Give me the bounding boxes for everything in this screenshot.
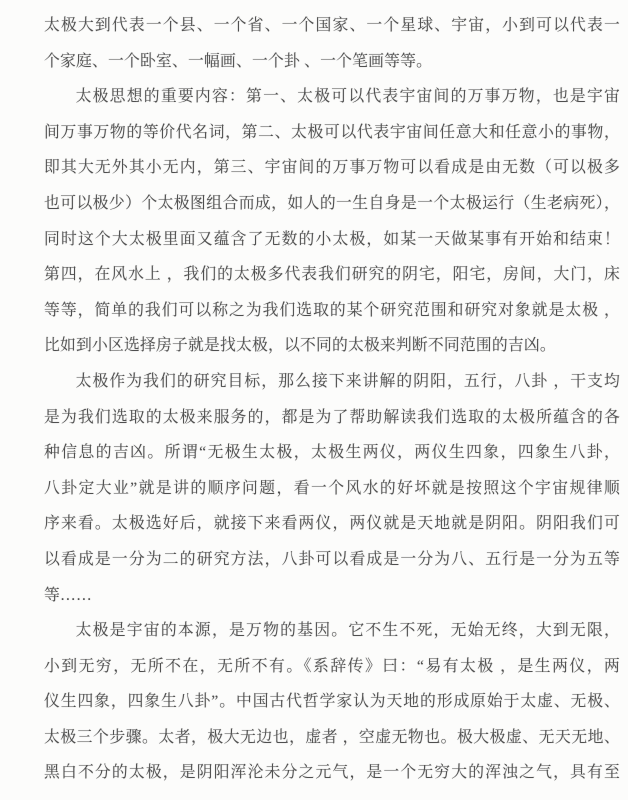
text-line: 个家庭、一个卧室、一幅画、一个卦 、一个笔画等等。 [44,44,620,80]
text-line: 第四，在风水上 ，我们的太极多代表我们研究的阴宅，阳宅，房间，大门，床 [44,257,620,293]
text-line: 间万事万物的等价代名词，第二、太极可以代表宇宙间任意大和任意小的事物， [44,115,620,151]
text-line: 八卦定大业”就是讲的顺序问题，看一个风水的好坏就是按照这个宇宙规律顺 [44,471,620,507]
text-line: 即其大无外其小无内，第三、宇宙间的万事万物可以看成是由无数（可以极多 [44,150,620,186]
text-line: 种信息的吉凶。所谓“无极生太极，太极生两仪，两仪生四象，四象生八卦， [44,435,620,471]
text-line: 比如到小区选择房子就是找太极，以不同的太极来判断不同范围的吉凶。 [44,328,620,364]
text-line: 太极大到代表一个县、一个省、一个国家、一个星球、宇宙，小到可以代表一 [44,8,620,44]
text-line: 序来看。太极选好后，就接下来看两仪，两仪就是天地就是阴阳。阴阳我们可 [44,506,620,542]
text-line: 是为我们选取的太极来服务的，都是为了帮助解读我们选取的太极所蕴含的各 [44,400,620,436]
text-line: 太极是宇宙的本源，是万物的基因。它不生不死，无始无终，大到无限， [44,613,620,649]
text-line: 同时这个大太极里面又蕴含了无数的小太极，如某一天做某事有开始和结束！ [44,222,620,258]
text-line: 小到无穷，无所不在，无所不有。《系辞传》曰：“易有太极 ，是生两仪，两 [44,649,620,685]
text-line: 黑白不分的太极，是阴阳浑沦未分之元气，是一个无穷大的浑浊之气，具有至 [44,755,620,791]
text-line: 太极作为我们的研究目标，那么接下来讲解的阴阳，五行，八卦 ，干支均 [44,364,620,400]
document-page: 太极大到代表一个县、一个省、一个国家、一个星球、宇宙，小到可以代表一 个家庭、一… [0,0,628,800]
text-line: 也可以极少）个太极图组合而成，如人的一生自身是一个太极运行（生老病死）， [44,186,620,222]
text-line: 太极三个步骤。太者，极大无边也，虚者 ，空虚无物也。极大极虚、无天无地、 [44,720,620,756]
text-body: 太极大到代表一个县、一个省、一个国家、一个星球、宇宙，小到可以代表一 个家庭、一… [44,8,620,791]
text-line: 等…… [44,578,620,614]
text-line: 等等，简单的我们可以称之为我们选取的某个研究范围和研究对象就是太极 ， [44,293,620,329]
text-line: 仪生四象，四象生八卦”。中国古代哲学家认为天地的形成原始于太虚、无极、 [44,684,620,720]
text-line: 太极思想的重要内容：第一、太极可以代表宇宙间的万事万物，也是宇宙 [44,79,620,115]
text-line: 以看成是一分为二的研究方法，八卦可以看成是一分为八、五行是一分为五等 [44,542,620,578]
